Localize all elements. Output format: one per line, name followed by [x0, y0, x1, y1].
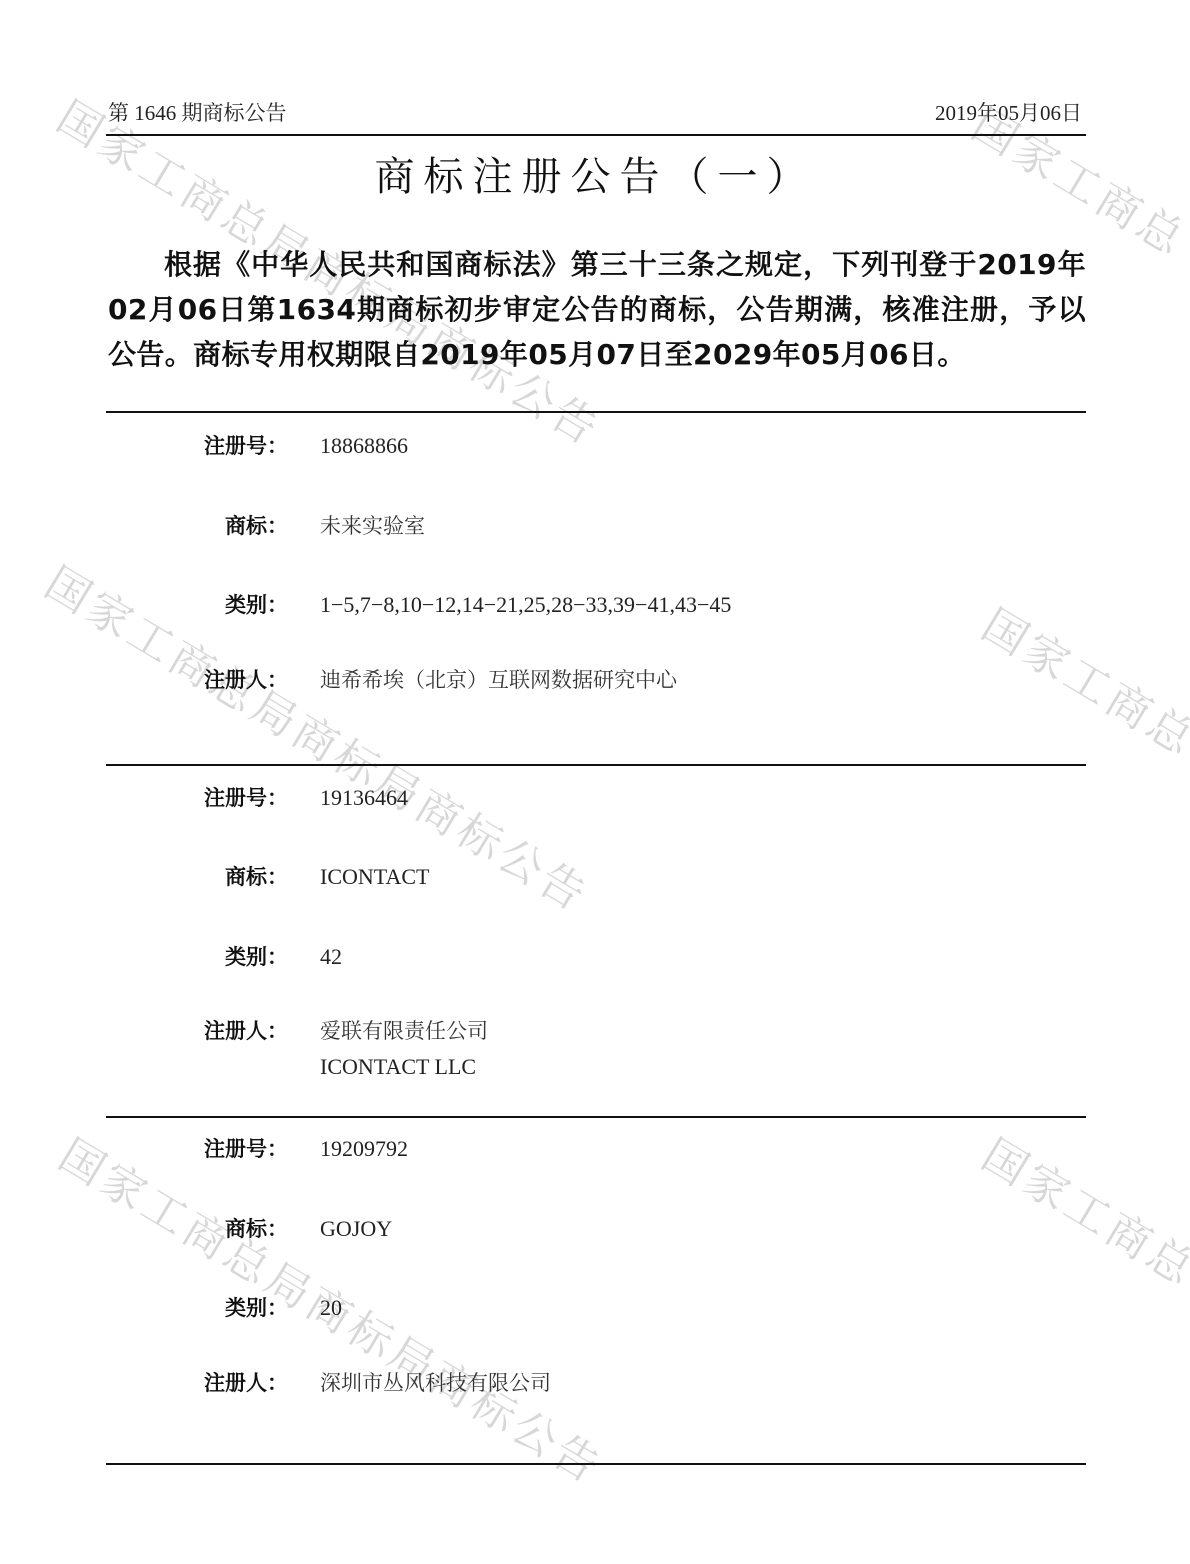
reg-no-value: 19136464: [320, 780, 408, 816]
issue-number: 第 1646 期商标公告: [108, 97, 287, 127]
registrant-value: 爱联有限责任公司: [320, 1013, 488, 1049]
section-divider: [106, 1116, 1086, 1118]
mark-label: 商标：: [106, 510, 320, 540]
mark-value: GOJOY: [320, 1211, 392, 1247]
classes-value: 20: [320, 1290, 342, 1326]
mark-row: 商标： 未来实验室: [106, 508, 425, 544]
registrant-label: 注册人：: [106, 1367, 320, 1397]
registrant-row: 注册人： 迪希希埃（北京）互联网数据研究中心: [106, 662, 677, 698]
classes-label: 类别：: [106, 589, 320, 619]
classes-row: 类别： 42: [106, 939, 342, 975]
reg-no-row: 注册号： 19209792: [106, 1131, 408, 1167]
reg-no-label: 注册号：: [106, 1133, 320, 1163]
section-divider: [106, 411, 1086, 413]
reg-no-label: 注册号：: [106, 430, 320, 460]
gazette-page: 第 1646 期商标公告 2019年05月06日 商标注册公告（一） 根据《中华…: [0, 0, 1190, 1564]
mark-row: 商标： ICONTACT: [106, 859, 429, 895]
mark-row: 商标： GOJOY: [106, 1211, 392, 1247]
classes-label: 类别：: [106, 941, 320, 971]
classes-label: 类别：: [106, 1292, 320, 1322]
mark-label: 商标：: [106, 861, 320, 891]
mark-value: 未来实验室: [320, 508, 425, 544]
reg-no-value: 19209792: [320, 1131, 408, 1167]
reg-no-value: 18868866: [320, 428, 408, 464]
issue-date: 2019年05月06日: [935, 97, 1082, 127]
registrant-value-en: ICONTACT LLC: [320, 1049, 488, 1085]
classes-row: 类别： 20: [106, 1290, 342, 1326]
section-divider: [106, 1463, 1086, 1465]
registrant-row: 注册人： 爱联有限责任公司 ICONTACT LLC: [106, 1013, 488, 1085]
intro-paragraph: 根据《中华人民共和国商标法》第三十三条之规定，下列刊登于2019年02月06日第…: [108, 242, 1086, 377]
reg-no-row: 注册号： 18868866: [106, 428, 408, 464]
header-divider: [106, 134, 1086, 136]
registrant-value: 迪希希埃（北京）互联网数据研究中心: [320, 662, 677, 698]
registrant-row: 注册人： 深圳市丛风科技有限公司: [106, 1365, 551, 1401]
registrant-label: 注册人：: [106, 664, 320, 694]
registrant-label: 注册人：: [106, 1015, 320, 1045]
registrant-value: 深圳市丛风科技有限公司: [320, 1365, 551, 1401]
section-divider: [106, 764, 1086, 766]
mark-label: 商标：: [106, 1213, 320, 1243]
classes-value: 42: [320, 939, 342, 975]
classes-value: 1−5,7−8,10−12,14−21,25,28−33,39−41,43−45: [320, 587, 731, 623]
page-title: 商标注册公告（一）: [0, 145, 1190, 202]
reg-no-label: 注册号：: [106, 782, 320, 812]
registrant-values: 爱联有限责任公司 ICONTACT LLC: [320, 1013, 488, 1085]
classes-row: 类别： 1−5,7−8,10−12,14−21,25,28−33,39−41,4…: [106, 587, 731, 623]
mark-value: ICONTACT: [320, 859, 429, 895]
reg-no-row: 注册号： 19136464: [106, 780, 408, 816]
